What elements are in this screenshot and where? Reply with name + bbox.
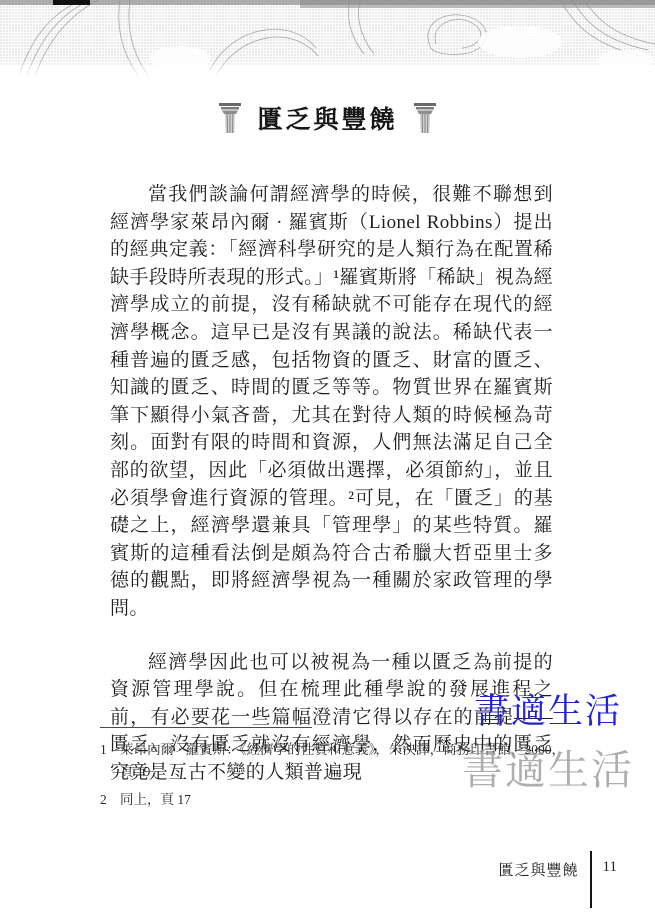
page-number: 11	[603, 851, 617, 876]
chapter-title: 匱乏與豐饒	[257, 100, 397, 136]
engraving-banner	[0, 0, 655, 78]
paragraph: 當我們談論何謂經濟學的時候，很難不聯想到經濟學家萊昂內爾 · 羅賓斯（Lione…	[110, 181, 553, 623]
footnote-text: 同上，頁 17	[120, 789, 565, 811]
body-text: 當我們談論何謂經濟學的時候，很難不聯想到經濟學家萊昂內爾 · 羅賓斯（Lione…	[110, 181, 553, 786]
column-capital-icon	[413, 103, 437, 133]
chapter-title-row: 匱乏與豐饒	[0, 99, 655, 137]
footer-divider	[590, 851, 592, 908]
footnote: 1 萊昂內爾 · 羅賓斯：《經濟學的性質和意義》，朱泱譯，商務印書館，2000，…	[100, 739, 565, 782]
footnote-number: 1	[100, 739, 120, 782]
footnotes: 1 萊昂內爾 · 羅賓斯：《經濟學的性質和意義》，朱泱譯，商務印書館，2000，…	[100, 727, 565, 811]
running-title: 匱乏與豐饒	[499, 851, 579, 880]
column-capital-icon	[218, 103, 242, 133]
engraving-banner-image	[0, 0, 655, 78]
footnote: 2 同上，頁 17	[100, 789, 565, 811]
book-page: 匱乏與豐饒 當我們談論何謂經濟學的時候，很難不聯想到經濟學家萊昂內爾 · 羅賓斯…	[0, 0, 655, 917]
footnote-separator	[100, 727, 312, 728]
page-footer: 匱乏與豐饒 11	[0, 851, 655, 908]
footnote-text: 萊昂內爾 · 羅賓斯：《經濟學的性質和意義》，朱泱譯，商務印書館，2000，頁 …	[120, 739, 565, 782]
scan-edge-mark	[53, 0, 90, 5]
footnote-number: 2	[100, 789, 120, 811]
